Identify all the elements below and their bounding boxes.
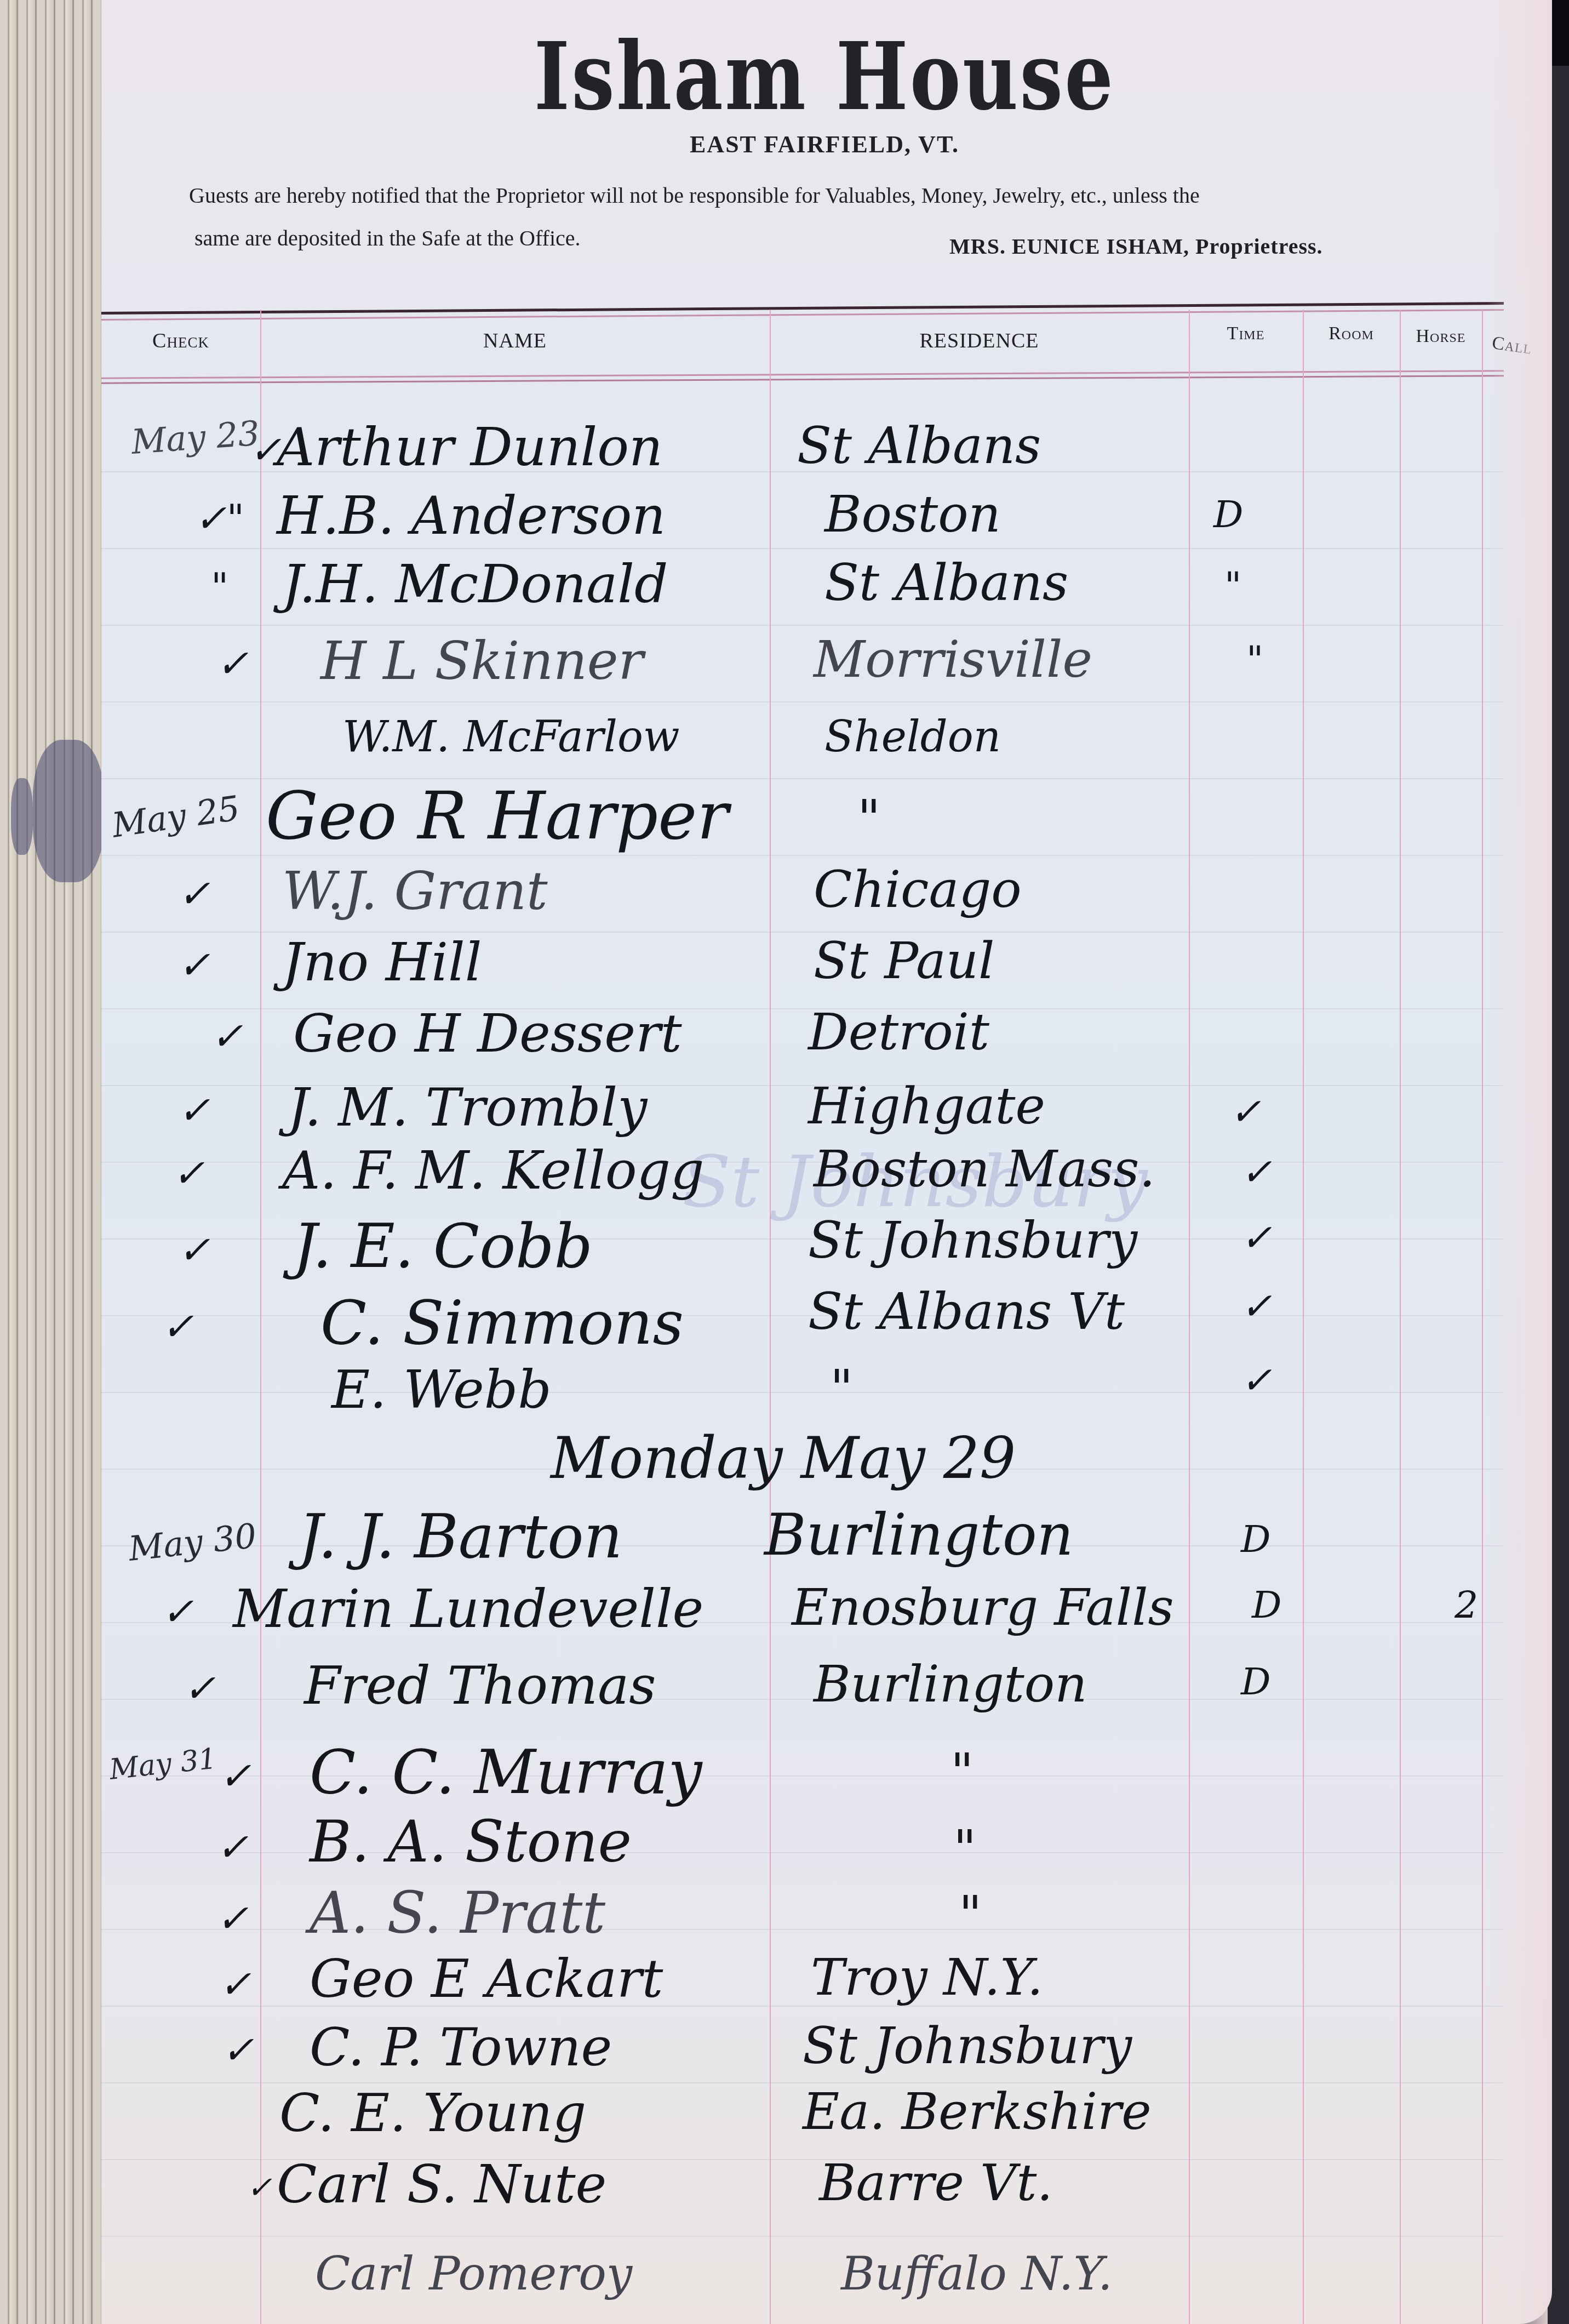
entry-residence: Troy N.Y. xyxy=(811,1948,1043,2007)
entry-name: Geo E Ackart xyxy=(310,1948,663,2009)
entry-name: W.J. Grant xyxy=(282,860,548,922)
header-rule-bottom xyxy=(101,370,1504,384)
entry-check: ✓ xyxy=(211,1014,243,1059)
book-page-edges xyxy=(0,0,110,2324)
entry-check: ✓ xyxy=(178,871,210,916)
entry-name: C. C. Murray xyxy=(310,1737,702,1807)
entry-date: May 23 xyxy=(130,413,261,462)
entry-check: ✓ xyxy=(216,641,249,686)
entry-time: " xyxy=(1246,638,1263,682)
entry-date: May 25 xyxy=(110,788,242,846)
entry-residence: St Johnsbury xyxy=(803,2017,1132,2075)
column-divider xyxy=(770,310,771,2324)
entry-check: ✓ xyxy=(219,1962,251,2007)
entry-check: ✓ xyxy=(162,1589,194,1634)
proprietor-line: MRS. EUNICE ISHAM, Proprietress. xyxy=(949,233,1323,259)
entry-residence: " xyxy=(953,1819,976,1878)
row-rule xyxy=(101,625,1504,626)
entry-residence: Highgate xyxy=(808,1077,1045,1135)
entry-check: ✓ xyxy=(178,1227,210,1272)
row-rule xyxy=(101,548,1504,549)
entry-time: ✓ xyxy=(1241,1359,1272,1402)
entry-time: " xyxy=(1224,564,1241,608)
column-divider xyxy=(1482,310,1483,2324)
entry-name: W.M. McFarlow xyxy=(342,712,680,762)
entry-date: May 30 xyxy=(127,1516,258,1569)
notice-line-2: same are deposited in the Safe at the Of… xyxy=(189,217,1569,260)
register-page: Isham House EAST FAIRFIELD, VT. Guests a… xyxy=(101,0,1552,2324)
entry-name: Carl Pomeroy xyxy=(315,2247,632,2300)
entry-residence: Boston Mass. xyxy=(814,1140,1155,1198)
entry-name: J.H. McDonald xyxy=(282,553,668,615)
header-rule-top xyxy=(101,302,1504,321)
entry-call: 2 xyxy=(1455,1584,1478,1627)
entry-name: C. Simmons xyxy=(320,1288,684,1358)
row-rule xyxy=(101,701,1504,703)
hotel-name: Isham House xyxy=(232,22,1418,132)
entry-residence: Boston xyxy=(824,485,1001,544)
entry-name: Arthur Dunlon xyxy=(277,416,663,478)
entry-date: May 31 xyxy=(108,1743,219,1786)
entry-check: " xyxy=(211,564,228,609)
entry-check: ✓ xyxy=(178,1088,210,1133)
entry-name: C. E. Young xyxy=(279,2082,586,2144)
entry-name: H L Skinner xyxy=(320,630,644,692)
entry-name: J. M. Trombly xyxy=(288,1077,648,1138)
entry-name: A. F. M. Kellogg xyxy=(282,1140,704,1201)
entry-time: ✓ xyxy=(1241,1285,1272,1328)
entry-name: C. P. Towne xyxy=(310,2017,612,2078)
entry-residence: " xyxy=(857,789,880,848)
column-header-time: Time xyxy=(1189,323,1303,344)
entry-time: D xyxy=(1252,1584,1282,1627)
entry-name: J. E. Cobb xyxy=(293,1211,593,1281)
entry-residence: " xyxy=(950,1743,974,1801)
entry-name: B. A. Stone xyxy=(310,1808,632,1875)
entry-residence: St Albans xyxy=(797,416,1041,475)
column-header-call: Call xyxy=(1481,332,1543,361)
entry-name: Geo H Dessert xyxy=(293,1003,682,1064)
ink-stain xyxy=(11,778,33,855)
day-heading: Monday May 29 xyxy=(551,1425,1016,1492)
entry-check: ✓ xyxy=(216,1825,249,1870)
entry-residence: Ea. Berkshire xyxy=(803,2082,1152,2141)
valuables-notice: Guests are hereby notified that the Prop… xyxy=(189,174,1569,260)
entry-residence: " xyxy=(830,1359,853,1418)
entry-residence: St Johnsbury xyxy=(808,1211,1137,1270)
column-header-check: Check xyxy=(101,329,260,353)
entry-check: ✓ xyxy=(178,943,210,987)
entry-time: D xyxy=(1241,1660,1271,1704)
notice-line-1: Guests are hereby notified that the Prop… xyxy=(189,174,1569,217)
row-rule xyxy=(101,1392,1504,1393)
column-header-horse: Horse xyxy=(1400,326,1482,347)
entry-residence: St Albans xyxy=(824,553,1068,612)
entry-residence: Sheldon xyxy=(824,712,1001,762)
row-rule xyxy=(101,1315,1504,1316)
entry-residence: Barre Vt. xyxy=(819,2154,1053,2212)
column-header-name: NAME xyxy=(260,329,770,353)
ink-stain xyxy=(33,740,104,882)
entry-residence: Buffalo N.Y. xyxy=(841,2247,1113,2300)
entry-check: ✓ xyxy=(184,1666,216,1711)
entry-residence: Enosburg Falls xyxy=(792,1578,1174,1637)
row-rule xyxy=(101,2236,1504,2237)
entry-residence: " xyxy=(959,1885,982,1944)
entry-name: Geo R Harper xyxy=(266,778,729,854)
hotel-location: EAST FAIRFIELD, VT. xyxy=(101,130,1548,158)
entry-name: Jno Hill xyxy=(282,932,482,993)
entry-residence: Burlington xyxy=(814,1655,1087,1714)
entry-name: J. J. Barton xyxy=(299,1501,622,1572)
entry-name: Marin Lundevelle xyxy=(233,1578,703,1640)
entry-time: ✓ xyxy=(1230,1090,1261,1134)
column-divider xyxy=(1303,310,1304,2324)
entry-residence: Morrisville xyxy=(814,630,1092,689)
entry-name: Fred Thomas xyxy=(304,1655,656,1716)
entry-residence: St Albans Vt xyxy=(808,1282,1125,1341)
entry-check: ✓" xyxy=(194,496,244,541)
entry-name: H.B. Anderson xyxy=(277,485,666,546)
column-header-room: Room xyxy=(1303,323,1400,344)
entry-check: ✓ xyxy=(222,2028,254,2072)
column-divider xyxy=(260,310,261,2324)
entry-time: D xyxy=(1241,1518,1271,1561)
entry-check: ✓ xyxy=(173,1151,205,1196)
column-divider xyxy=(1189,310,1190,2324)
entry-residence: St Paul xyxy=(814,932,995,990)
column-divider xyxy=(1400,310,1401,2324)
entry-check: ✓ xyxy=(216,1896,249,1941)
entry-name: Carl S. Nute xyxy=(277,2154,606,2215)
entry-time: ✓ xyxy=(1241,1217,1272,1260)
entry-check: ✓ xyxy=(247,2170,272,2206)
column-header-residence: RESIDENCE xyxy=(770,329,1189,353)
entry-residence: Burlington xyxy=(764,1501,1074,1568)
row-rule xyxy=(101,855,1504,856)
entry-check: ✓ xyxy=(162,1304,194,1349)
entry-time: D xyxy=(1213,493,1244,536)
entry-residence: Chicago xyxy=(814,860,1022,919)
entry-name: E. Webb xyxy=(331,1359,552,1420)
entry-residence: Detroit xyxy=(808,1003,989,1061)
entry-time: ✓ xyxy=(1241,1151,1272,1194)
entry-check: ✓ xyxy=(219,1754,251,1798)
entry-name: A. S. Pratt xyxy=(310,1880,605,1946)
